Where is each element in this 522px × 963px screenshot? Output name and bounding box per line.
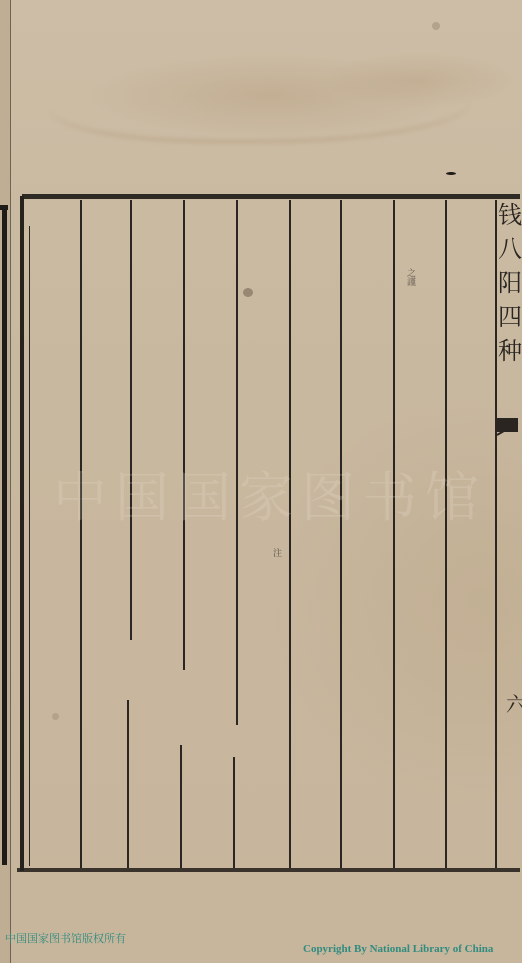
column-rule [340,200,342,868]
title-char: 钱 [496,198,522,232]
book-title-column: 钱 八 阳 四 种 [496,198,522,870]
column-rule [130,200,132,640]
copyright-chinese: 中国国家图书馆版权所有 [5,930,126,946]
water-stain [50,60,470,143]
frame-bottom-border [17,868,520,872]
frame-top-border [22,194,520,199]
title-char: 阳 [496,266,522,300]
column-rule [180,745,182,868]
previous-page-frame-border [2,205,7,865]
column-rule [393,200,395,868]
interlinear-note: 注 [270,548,283,557]
frame-left-border [20,196,24,871]
frame-left-inner-line [29,226,30,866]
ink-speck [243,288,253,297]
column-rule [183,200,185,670]
column-rule [127,700,129,868]
title-char: 四 [496,300,522,334]
ink-speck [52,713,59,720]
column-rule [80,200,82,868]
book-page: 钱 八 阳 四 种 六 之謹 注 中国国家图书馆 中国国家图书馆版权所有 Cop… [0,0,522,963]
title-char: 八 [496,232,522,266]
title-char: 种 [496,334,522,368]
ink-speck [446,172,456,175]
ink-speck [432,22,440,30]
interlinear-note: 之謹 [404,268,417,286]
copyright-english: Copyright By National Library of China [303,943,493,955]
column-rule [289,200,291,868]
page-number: 六 [506,688,522,717]
library-watermark: 中国国家图书馆 [50,455,490,532]
column-rule [445,200,447,868]
column-rule [233,757,235,868]
